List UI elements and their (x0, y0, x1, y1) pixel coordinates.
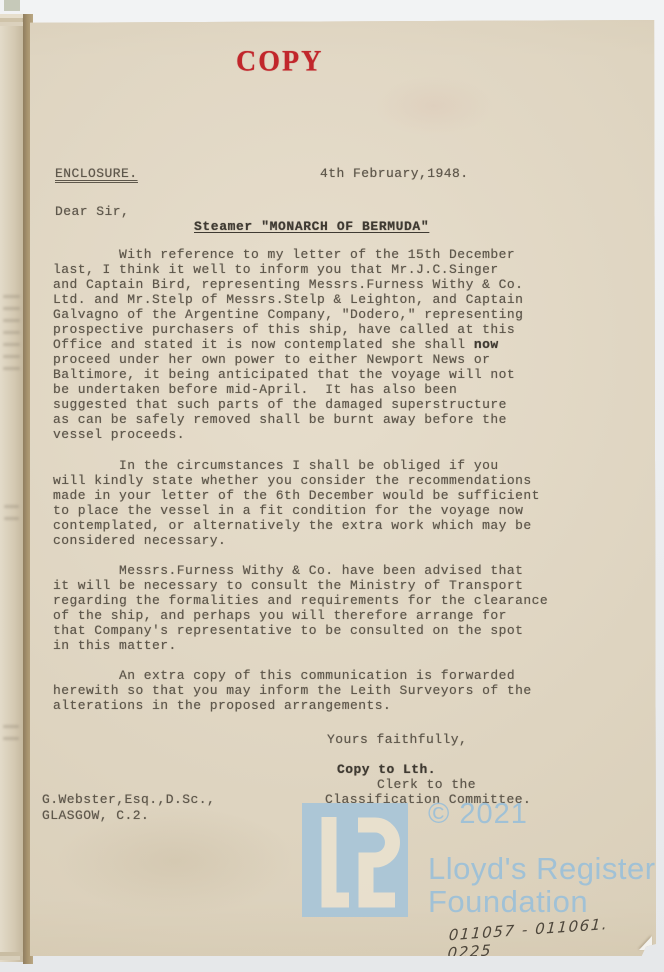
subject-line: Steamer "MONARCH OF BERMUDA" (194, 219, 429, 234)
page-stack-edge (0, 22, 25, 26)
addressee-city: GLASGOW, C.2. (42, 808, 149, 823)
bleed-through-text (4, 496, 19, 529)
reference-number: 011057 - 011061. 0225 (447, 912, 657, 963)
enclosure-label: ENCLOSURE. (55, 166, 138, 181)
valediction: Yours faithfully, (327, 732, 467, 747)
paragraph-1-text: With reference to my letter of the 15th … (53, 247, 523, 352)
paragraph-2: In the circumstances I shall be obliged … (53, 458, 540, 548)
overtyped-word: now (474, 337, 499, 352)
watermark-organisation: Lloyd's RegisterFoundation (428, 852, 656, 918)
paragraph-1-text: proceed under her own power to either Ne… (53, 352, 515, 442)
bleed-through-text (3, 286, 20, 379)
salutation: Dear Sir, (55, 204, 129, 219)
addressee-name: G.Webster,Esq.,D.Sc., (42, 792, 215, 807)
paper-stain (374, 76, 494, 136)
bleed-through-text (3, 716, 19, 749)
lr-logo (302, 803, 408, 917)
paragraph-3: Messrs.Furness Withy & Co. have been adv… (53, 563, 548, 653)
letter-page: COPY ENCLOSURE. 4th February,1948. Dear … (30, 20, 656, 956)
signer-title-1: Clerk to the (377, 777, 476, 792)
lr-monogram-icon (302, 803, 408, 917)
paragraph-4: An extra copy of this communication is f… (53, 668, 532, 713)
watermark-copyright: © 2021 (428, 798, 528, 831)
page-stack-edge (0, 956, 20, 960)
copy-note: Copy to Lth. (337, 762, 436, 777)
copy-stamp: COPY (236, 45, 323, 79)
paragraph-1: With reference to my letter of the 15th … (53, 247, 523, 442)
letter-date: 4th February,1948. (320, 166, 469, 181)
page-stack-corner (4, 0, 20, 11)
